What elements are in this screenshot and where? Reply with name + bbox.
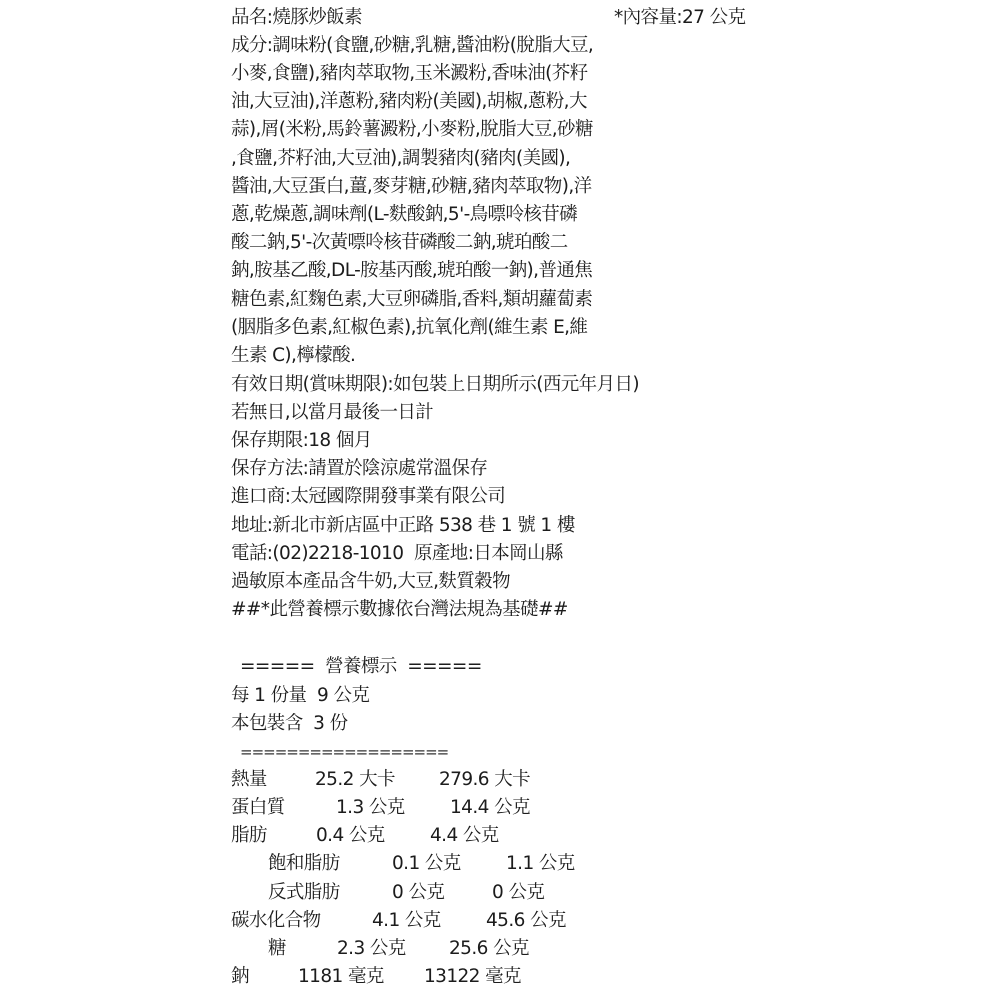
ingredients-line: 成分:調味粉(食鹽,砂糖,乳糖,醬油粉(脫脂大豆, bbox=[231, 34, 593, 58]
shelf-life: 保存期限:18 個月 bbox=[231, 429, 372, 453]
per-pack-value: 25.6 公克 bbox=[449, 937, 529, 961]
nutrient-label: 脂肪 bbox=[231, 824, 267, 848]
nutrition-header: ===== 營養標示 ===== bbox=[240, 655, 482, 679]
nutrition-regulation-note: ##*此營養標示數據依台灣法規為基礎## bbox=[231, 598, 568, 622]
ingredients-line: 酸二鈉,5'-次黃嘌呤核苷磷酸二鈉,琥珀酸二 bbox=[231, 231, 568, 255]
nutrient-label: 鈉 bbox=[231, 965, 249, 989]
per-serving-value: 2.3 公克 bbox=[337, 937, 406, 961]
per-pack-value: 13122 毫克 bbox=[424, 965, 521, 989]
nutrient-label: 糖 bbox=[268, 937, 286, 961]
ingredients-line: 鈉,胺基乙酸,DL-胺基丙酸,琥珀酸一鈉),普通焦 bbox=[231, 259, 592, 283]
per-pack-value: 279.6 大卡 bbox=[439, 768, 530, 792]
ingredients-line: 蔥,乾燥蔥,調味劑(L-麩酸鈉,5'-鳥嘌呤核苷磷 bbox=[231, 203, 577, 227]
ingredients-line: ,食鹽,芥籽油,大豆油),調製豬肉(豬肉(美國), bbox=[231, 147, 570, 171]
per-pack-value: 1.1 公克 bbox=[506, 852, 575, 876]
ingredients-line: 糖色素,紅麴色素,大豆卵磷脂,香料,類胡蘿蔔素 bbox=[231, 288, 592, 312]
allergen-info: 過敏原本產品含牛奶,大豆,麩質穀物 bbox=[231, 570, 510, 594]
per-serving-value: 1181 毫克 bbox=[298, 965, 384, 989]
serving-size: 每 1 份量 9 公克 bbox=[231, 684, 369, 708]
servings-per-pack: 本包裝含 3 份 bbox=[231, 712, 348, 736]
product-name: 品名:燒豚炒飯素 bbox=[231, 6, 362, 30]
address: 地址:新北市新店區中正路 538 巷 1 號 1 樓 bbox=[231, 514, 575, 538]
nutrient-label: 蛋白質 bbox=[231, 796, 285, 820]
expiry-date-note: 若無日,以當月最後一日計 bbox=[231, 401, 433, 425]
nutrition-divider: ================== bbox=[240, 740, 448, 764]
per-pack-value: 45.6 公克 bbox=[486, 909, 566, 933]
ingredients-line: 油,大豆油),洋蔥粉,豬肉粉(美國),胡椒,蔥粉,大 bbox=[231, 90, 587, 114]
ingredients-line: 醬油,大豆蛋白,薑,麥芽糖,砂糖,豬肉萃取物),洋 bbox=[231, 175, 592, 199]
per-serving-value: 1.3 公克 bbox=[336, 796, 405, 820]
phone: 電話:(02)2218-1010 bbox=[231, 542, 403, 566]
per-serving-value: 25.2 大卡 bbox=[315, 768, 395, 792]
nutrient-label: 碳水化合物 bbox=[231, 909, 321, 933]
nutrient-label: 反式脂肪 bbox=[268, 881, 340, 905]
expiry-date-info: 有效日期(賞味期限):如包裝上日期所示(西元年月日) bbox=[231, 373, 639, 397]
importer: 進口商:太冠國際開發事業有限公司 bbox=[231, 485, 505, 509]
storage-method: 保存方法:請置於陰涼處常溫保存 bbox=[231, 457, 487, 481]
ingredients-line: 生素 C),檸檬酸. bbox=[231, 344, 355, 368]
nutrient-label: 熱量 bbox=[231, 768, 267, 792]
per-pack-value: 14.4 公克 bbox=[450, 796, 530, 820]
per-pack-value: 0 公克 bbox=[492, 881, 544, 905]
ingredients-line: 小麥,食鹽),豬肉萃取物,玉米澱粉,香味油(芥籽 bbox=[231, 62, 588, 86]
per-serving-value: 0.4 公克 bbox=[316, 824, 385, 848]
per-serving-value: 0 公克 bbox=[392, 881, 444, 905]
per-serving-value: 4.1 公克 bbox=[372, 909, 441, 933]
nutrient-label: 飽和脂肪 bbox=[268, 852, 340, 876]
ingredients-line: (胭脂多色素,紅椒色素),抗氧化劑(維生素 E,維 bbox=[231, 316, 587, 340]
origin: 原產地:日本岡山縣 bbox=[414, 542, 563, 566]
per-pack-value: 4.4 公克 bbox=[430, 824, 499, 848]
ingredients-line: 蒜),屑(米粉,馬鈴薯澱粉,小麥粉,脫脂大豆,砂糖 bbox=[231, 118, 593, 142]
per-serving-value: 0.1 公克 bbox=[392, 852, 461, 876]
net-content: *內容量:27 公克 bbox=[614, 6, 745, 30]
